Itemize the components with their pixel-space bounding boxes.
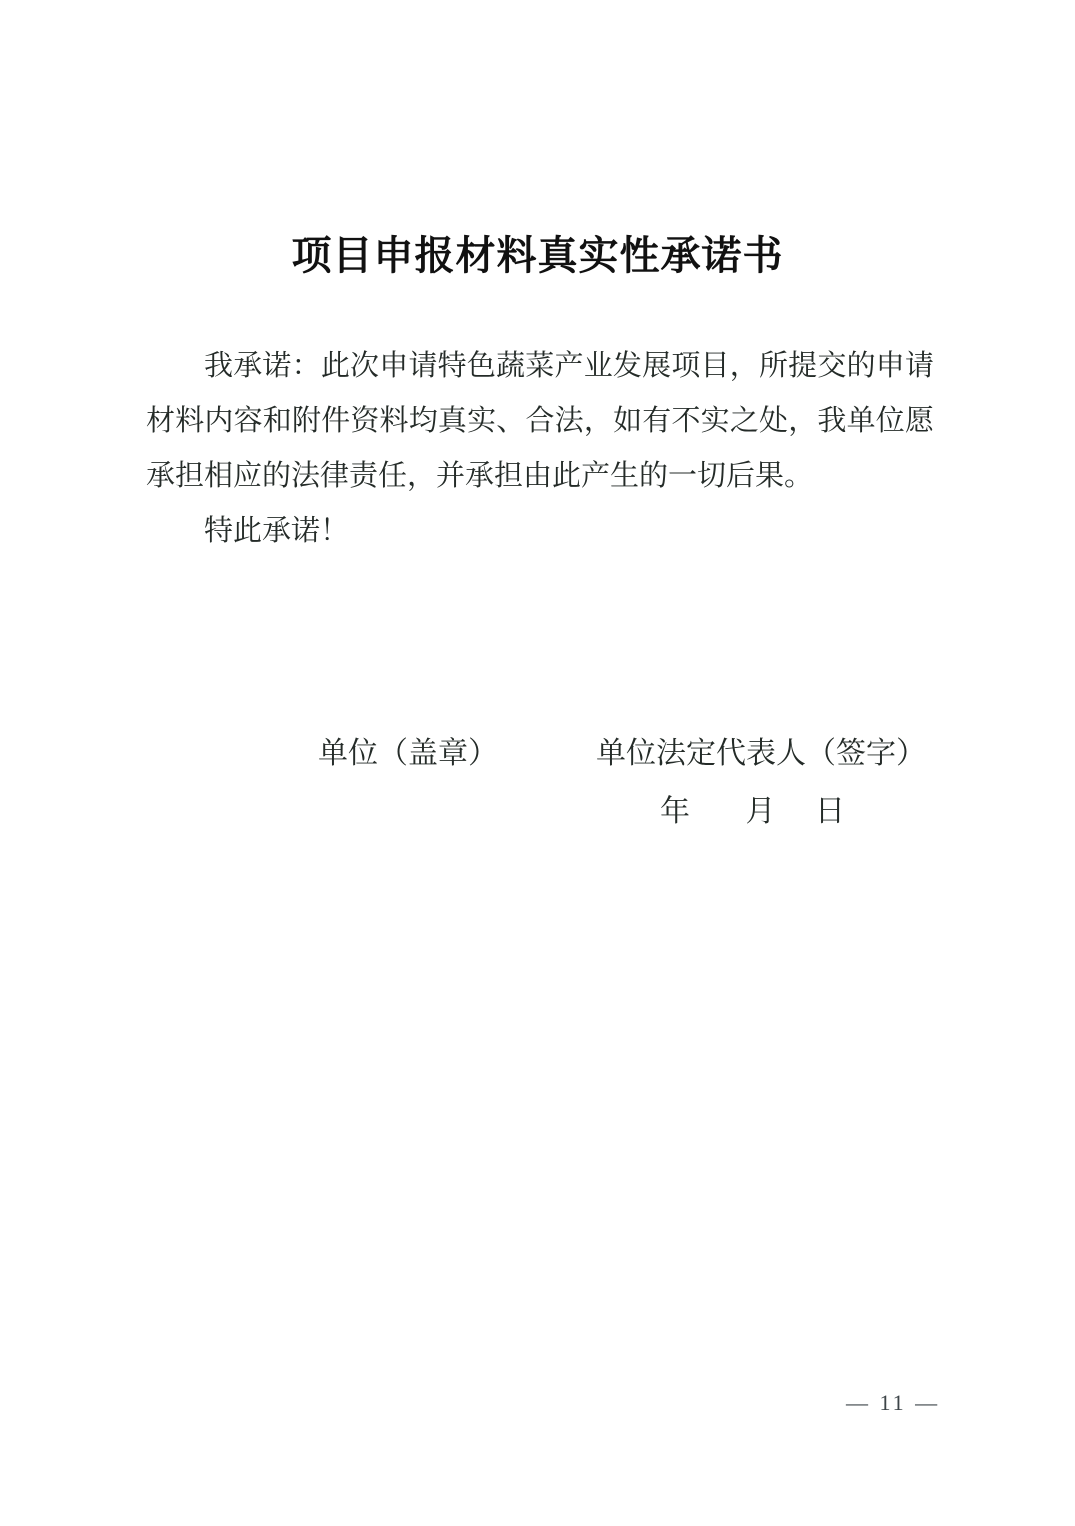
paragraph-hereby-promise: 特此承诺！ — [146, 504, 934, 559]
unit-seal-label: 单位（盖章） — [318, 728, 498, 772]
document-page: 项目申报材料真实性承诺书 我承诺：此次申请特色蔬菜产业发展项目，所提交的申请材料… — [0, 0, 1075, 1526]
date-year-label: 年 — [660, 786, 690, 830]
signature-row: 单位（盖章） 单位法定代表人（签字） — [0, 728, 1075, 776]
document-title: 项目申报材料真实性承诺书 — [0, 224, 1075, 281]
date-month-label: 月 — [746, 786, 776, 830]
document-body: 我承诺：此次申请特色蔬菜产业发展项目，所提交的申请材料内容和附件资料均真实、合法… — [146, 339, 934, 559]
paragraph-commitment: 我承诺：此次申请特色蔬菜产业发展项目，所提交的申请材料内容和附件资料均真实、合法… — [146, 339, 934, 504]
date-line: 年 月 日 — [660, 786, 845, 830]
page-number: — 11 — — [846, 1390, 940, 1416]
legal-representative-signature-label: 单位法定代表人（签字） — [596, 728, 926, 772]
date-day-label: 日 — [815, 786, 845, 830]
